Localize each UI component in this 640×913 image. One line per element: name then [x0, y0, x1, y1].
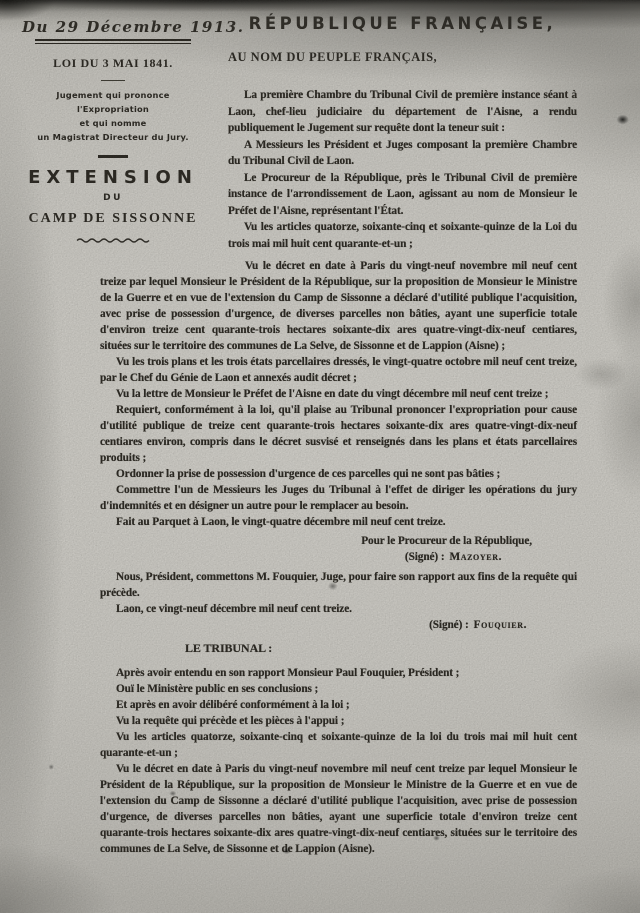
body-paragraph: Ordonner la prise de possession d'urgenc…: [100, 466, 577, 482]
signed-label: (Signé) :: [429, 619, 469, 631]
narrow-column-section: La première Chambre du Tribunal Civil de…: [228, 87, 577, 252]
body-paragraph: Requiert, conformément à la loi, qu'il p…: [100, 402, 577, 466]
body-paragraph: Commettre l'un de Messieurs les Juges du…: [100, 482, 577, 514]
signatory-name: Mazoyer.: [449, 551, 502, 563]
body-paragraph: Ouï le Ministère public en ses conclusio…: [100, 681, 577, 697]
body-paragraph: Laon, ce vingt-neuf décembre mil neuf ce…: [100, 601, 577, 617]
body-paragraph: Vu le décret en date à Paris du vingt-ne…: [100, 258, 577, 354]
signature-fouquier: (Signé) :Fouquier.: [100, 617, 577, 633]
scanned-document-page: Du 29 Décembre 1913. LOI DU 3 MAI 1841. …: [0, 0, 640, 913]
full-width-section: Vu le décret en date à Paris du vingt-ne…: [100, 258, 577, 857]
body-paragraph: Vu la requête qui précède et les pièces …: [100, 713, 577, 729]
body-paragraph: Fait au Parquet à Laon, le vingt-quatre …: [100, 514, 577, 530]
body-paragraph: A Messieurs les Président et Juges compo…: [228, 137, 577, 170]
tribunal-heading: LE TRIBUNAL :: [100, 640, 577, 656]
body-paragraph: Nous, Président, commettons M. Fouquier,…: [100, 569, 577, 601]
signature-intro-line: Pour le Procureur de la République,: [100, 533, 577, 549]
body-paragraph: Vu les trois plans et les trois états pa…: [100, 354, 577, 386]
body-paragraph: Vu le décret en date à Paris du vingt-ne…: [100, 761, 577, 857]
preamble-title: AU NOM DU PEUPLE FRANÇAIS,: [228, 50, 577, 65]
body-paragraph: Vu les articles quatorze, soixante-cinq …: [100, 729, 577, 761]
body-paragraph: Après avoir entendu en son rapport Monsi…: [100, 665, 577, 681]
body-paragraph: Et après en avoir délibéré conformément …: [100, 697, 577, 713]
signed-label: (Signé) :: [405, 551, 445, 563]
signature-mazoyer: (Signé) :Mazoyer.: [100, 549, 577, 565]
body-paragraph: Vu les articles quatorze, soixante-cinq …: [228, 219, 577, 252]
body-paragraph: Le Procureur de la République, près le T…: [228, 170, 577, 220]
signatory-name: Fouquier.: [474, 619, 527, 631]
republic-title: RÉPUBLIQUE FRANÇAISE,: [228, 14, 577, 34]
document-body: RÉPUBLIQUE FRANÇAISE, AU NOM DU PEUPLE F…: [100, 14, 577, 857]
body-paragraph: La première Chambre du Tribunal Civil de…: [228, 87, 577, 137]
body-paragraph: Vu la lettre de Monsieur le Préfet de l'…: [100, 386, 577, 402]
